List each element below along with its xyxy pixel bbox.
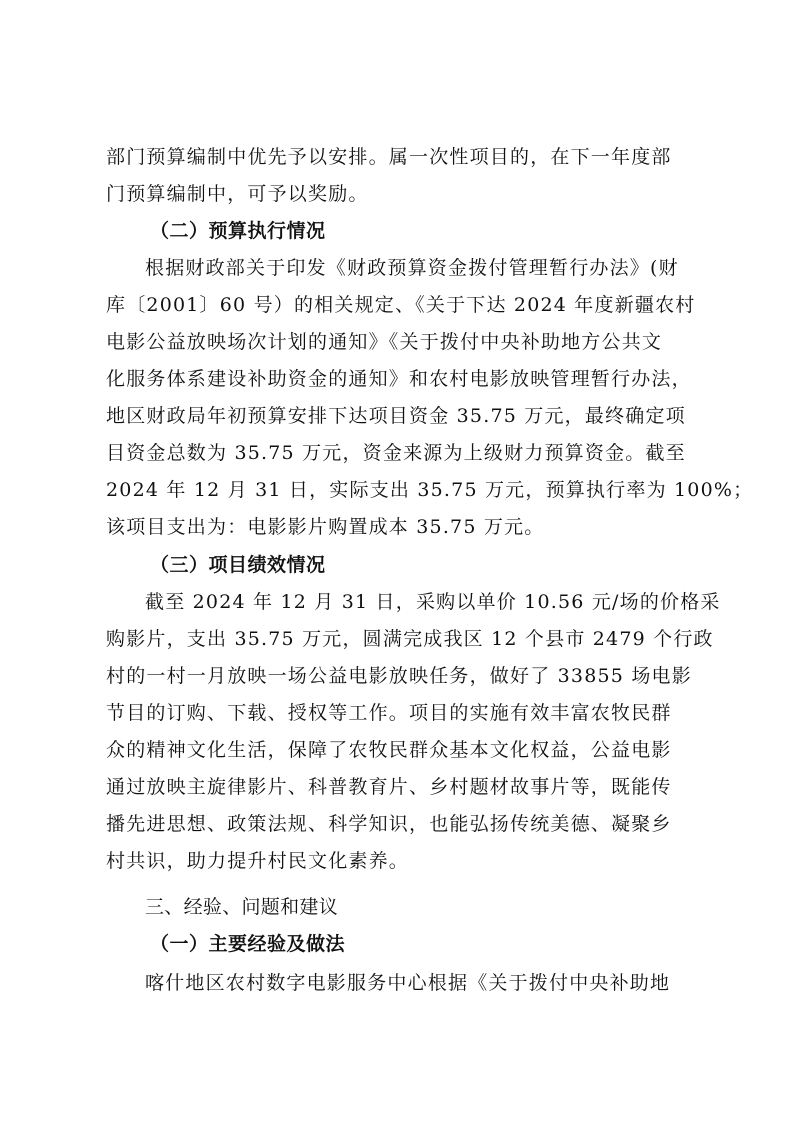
paragraph-line: 电影公益放映场次计划的通知》《关于拨付中央补助地方公共文 bbox=[106, 330, 696, 354]
section-heading-project-performance: （三）项目绩效情况 bbox=[150, 553, 740, 577]
paragraph-line: 购影片，支出 35.75 万元，圆满完成我区 12 个县市 2479 个行政 bbox=[106, 627, 696, 651]
paragraph-line: 众的精神文化生活，保障了农牧民群众基本文化权益，公益电影 bbox=[106, 738, 696, 762]
paragraph-line: 部门预算编制中优先予以安排。属一次性项目的，在下一年度部 bbox=[106, 145, 696, 169]
paragraph-line: 根据财政部关于印发《财政预算资金拨付管理暂行办法》(财 bbox=[145, 256, 735, 280]
paragraph-line: 该项目支出为：电影影片购置成本 35.75 万元。 bbox=[106, 515, 696, 539]
paragraph-line: 地区财政局年初预算安排下达项目资金 35.75 万元，最终确定项 bbox=[106, 404, 696, 428]
paragraph-line: 截至 2024 年 12 月 31 日，采购以单价 10.56 元/场的价格采 bbox=[145, 590, 735, 614]
paragraph-line: 喀什地区农村数字电影服务中心根据《关于拨付中央补助地 bbox=[145, 971, 735, 995]
paragraph-line: 通过放映主旋律影片、科普教育片、乡村题材故事片等，既能传 bbox=[106, 775, 696, 799]
paragraph-line: 目资金总数为 35.75 万元，资金来源为上级财力预算资金。截至 bbox=[106, 441, 696, 465]
paragraph-line: 门预算编制中，可予以奖励。 bbox=[106, 182, 696, 206]
paragraph-line: 节目的订购、下载、授权等工作。项目的实施有效丰富农牧民群 bbox=[106, 701, 696, 725]
document-page: 部门预算编制中优先予以安排。属一次性项目的，在下一年度部 门预算编制中，可予以奖… bbox=[0, 0, 793, 1122]
paragraph-line: 村共识，助力提升村民文化素养。 bbox=[106, 849, 696, 873]
paragraph-line: 2024 年 12 月 31 日，实际支出 35.75 万元，预算执行率为 10… bbox=[106, 478, 696, 502]
section-heading-budget-execution: （二）预算执行情况 bbox=[150, 219, 740, 243]
paragraph-line: 村的一村一月放映一场公益电影放映任务，做好了 33855 场电影 bbox=[106, 664, 696, 688]
chapter-heading-experience-issues-suggestions: 三、经验、问题和建议 bbox=[145, 895, 735, 919]
paragraph-line: 化服务体系建设补助资金的通知》和农村电影放映管理暂行办法， bbox=[106, 367, 696, 391]
paragraph-line: 库〔2001〕60 号）的相关规定、《关于下达 2024 年度新疆农村 bbox=[106, 293, 696, 317]
section-heading-main-experience: （一）主要经验及做法 bbox=[150, 932, 740, 956]
paragraph-line: 播先进思想、政策法规、科学知识，也能弘扬传统美德、凝聚乡 bbox=[106, 812, 696, 836]
